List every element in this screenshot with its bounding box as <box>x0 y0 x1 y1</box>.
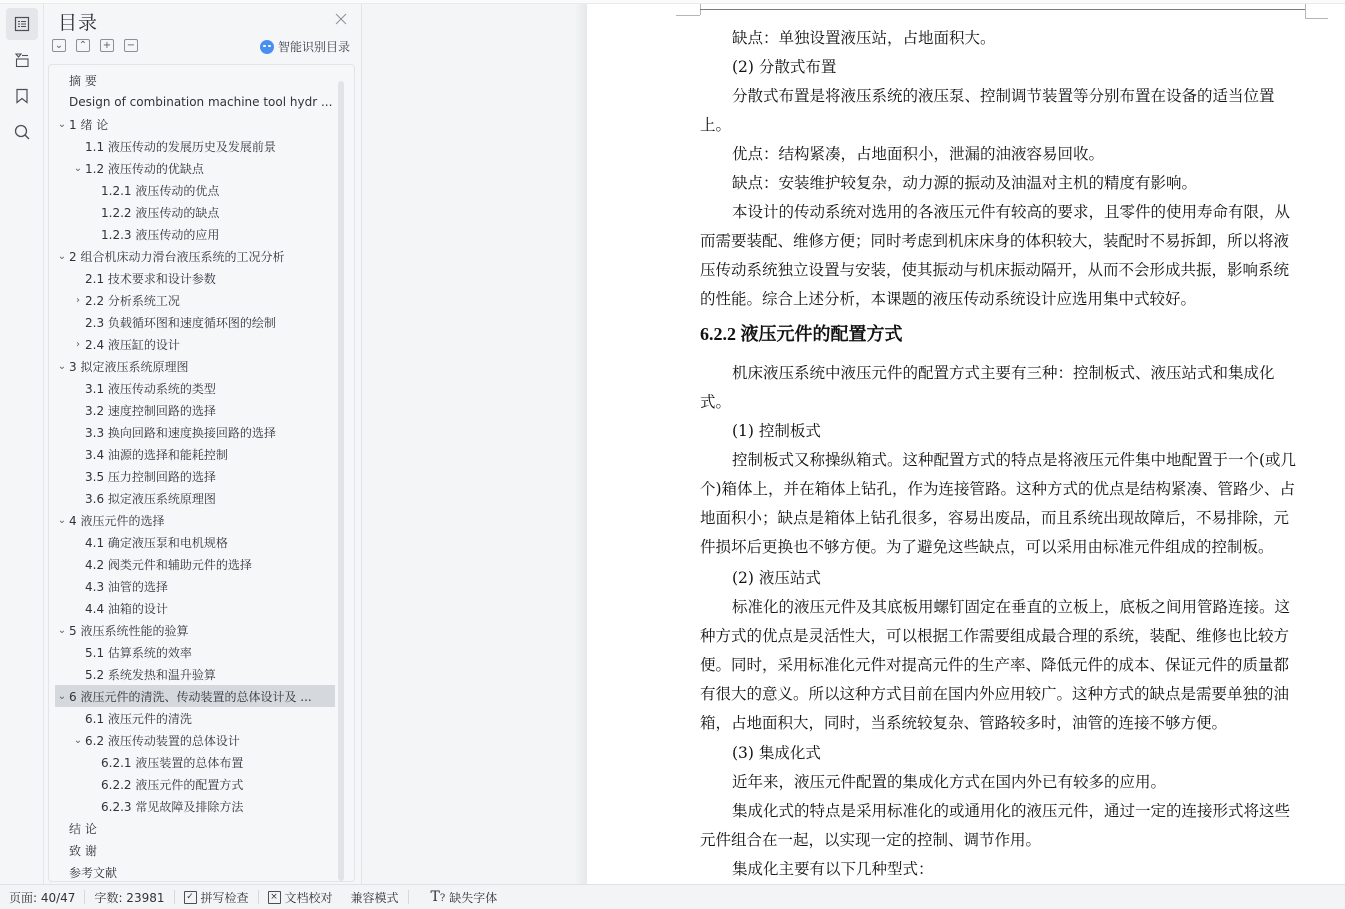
chevron-down-icon[interactable]: ⌄ <box>55 119 69 130</box>
toc-panel: 目录 ⌄ ⌃ + − 智能识别目录 摘 要Design of combinati… <box>44 4 362 884</box>
toc-item-label: 1.1 液压传动的发展历史及发展前景 <box>85 138 276 155</box>
missing-font-label: 缺失字体 <box>449 889 497 906</box>
toc-item-label: 5.2 系统发热和温升验算 <box>85 666 216 683</box>
navigation-icon <box>13 51 31 69</box>
toc-item[interactable]: 1.2.3 液压传动的应用 <box>55 223 335 245</box>
search-panel-button[interactable] <box>6 116 38 148</box>
toc-item-label: 参考文献 <box>69 864 117 881</box>
compat-mode-indicator[interactable]: 兼容模式 <box>342 885 408 909</box>
toc-item-label: 3.4 油源的选择和能耗控制 <box>85 446 228 463</box>
toc-item-label: 6.2.3 常见故障及排除方法 <box>101 798 243 815</box>
page-count: 页面: 40/47 <box>9 889 75 906</box>
toc-item[interactable]: ⌄6 液压元件的清洗、传动装置的总体设计及 ... <box>55 685 335 707</box>
toc-item[interactable]: 摘 要 <box>55 69 335 91</box>
margin-marker-left <box>676 15 700 16</box>
toc-item-label: 3.3 换向回路和速度换接回路的选择 <box>85 424 276 441</box>
chevron-right-icon[interactable]: › <box>71 295 85 306</box>
toc-item[interactable]: ⌄6.2 液压传动装置的总体设计 <box>55 729 335 751</box>
toc-item-label: 1.2 液压传动的优缺点 <box>85 160 204 177</box>
toc-item-label: 4 液压元件的选择 <box>69 512 164 529</box>
toc-item[interactable]: ⌄1 绪 论 <box>55 113 335 135</box>
toc-item-label: 4.3 油管的选择 <box>85 578 168 595</box>
toc-item[interactable]: 6.2.3 常见故障及排除方法 <box>55 795 335 817</box>
toc-item[interactable]: 1.2.1 液压传动的优点 <box>55 179 335 201</box>
toc-item[interactable]: 6.2.2 液压元件的配置方式 <box>55 773 335 795</box>
toc-item-label: 1.2.3 液压传动的应用 <box>101 226 219 243</box>
document-canvas: 缺点：单独设置液压站，占地面积大。(2) 分散式布置分散式布置是将液压系统的液压… <box>362 4 1345 884</box>
toc-item-label: Design of combination machine tool hydr … <box>69 95 332 109</box>
smart-recognize-toc-button[interactable]: 智能识别目录 <box>260 38 350 55</box>
paragraph: (2) 分散式布置 <box>700 53 1300 82</box>
paragraph: 标准化的液压元件及其底板用螺钉固定在垂直的立板上，底板之间用管路连接。这种方式的… <box>700 593 1300 738</box>
toc-item[interactable]: 参考文献 <box>55 861 335 882</box>
toc-item-label: 2.1 技术要求和设计参数 <box>85 270 216 287</box>
toc-item-label: 2.2 分析系统工况 <box>85 292 180 309</box>
paragraph: (1) 控制板式 <box>700 417 1300 446</box>
toc-item[interactable]: 1.2.2 液压传动的缺点 <box>55 201 335 223</box>
toc-item[interactable]: ⌄2 组合机床动力滑台液压系统的工况分析 <box>55 245 335 267</box>
margin-marker-right <box>1305 18 1328 19</box>
toc-item-label: 6 液压元件的清洗、传动装置的总体设计及 ... <box>69 688 312 705</box>
chevron-down-icon[interactable]: ⌄ <box>55 625 69 636</box>
toc-item-label: 3 拟定液压系统原理图 <box>69 358 188 375</box>
compat-mode-label: 兼容模式 <box>351 889 399 906</box>
page-shadow <box>574 4 588 884</box>
toc-item-label: 结 论 <box>69 820 97 837</box>
paragraph: 分散式布置是将液压系统的液压泵、控制调节装置等分别布置在设备的适当位置上。 <box>700 82 1300 140</box>
missing-font-icon: T? <box>431 889 446 905</box>
doc-proof-icon: × <box>268 891 281 904</box>
toc-item-label: 2.3 负载循环图和速度循环图的绘制 <box>85 314 276 331</box>
ai-assistant-icon <box>260 40 274 54</box>
doc-proof-button[interactable]: × 文档校对 <box>259 885 342 909</box>
expand-level-button[interactable]: + <box>100 39 114 52</box>
toc-item[interactable]: 5.1 估算系统的效率 <box>55 641 335 663</box>
search-icon <box>13 123 31 141</box>
toc-item-label: 3.5 压力控制回路的选择 <box>85 468 216 485</box>
toc-item-label: 6.2.1 液压装置的总体布置 <box>101 754 243 771</box>
toc-item[interactable]: 3.5 压力控制回路的选择 <box>55 465 335 487</box>
paragraph: 优点：结构紧凑，占地面积小，泄漏的油液容易回收。 <box>700 140 1300 169</box>
toc-item[interactable]: 3.6 拟定液压系统原理图 <box>55 487 335 509</box>
chevron-down-icon[interactable]: ⌄ <box>55 251 69 262</box>
toc-item-label: 1 绪 论 <box>69 116 108 133</box>
toc-item[interactable]: ⌄5 液压系统性能的验算 <box>55 619 335 641</box>
toc-item[interactable]: 6.1 液压元件的清洗 <box>55 707 335 729</box>
toc-item-label: 5.1 估算系统的效率 <box>85 644 192 661</box>
doc-proof-label: 文档校对 <box>285 889 333 906</box>
paragraph: 集成化主要有以下几种型式： <box>700 855 1300 884</box>
toc-item[interactable]: 4.2 阀类元件和辅助元件的选择 <box>55 553 335 575</box>
paragraph: (3) 集成化式 <box>700 739 1300 768</box>
paragraph: 缺点：单独设置液压站，占地面积大。 <box>700 24 1300 53</box>
sidebar-rail <box>0 4 44 884</box>
toc-item[interactable]: 4.3 油管的选择 <box>55 575 335 597</box>
toc-list: 摘 要Design of combination machine tool hy… <box>48 64 355 882</box>
chevron-down-icon[interactable]: ⌄ <box>71 735 85 746</box>
chevron-down-icon[interactable]: ⌄ <box>71 163 85 174</box>
chevron-down-icon[interactable]: ⌄ <box>55 691 69 702</box>
toc-item-label: 2.4 液压缸的设计 <box>85 336 180 353</box>
toc-item[interactable]: 4.4 油箱的设计 <box>55 597 335 619</box>
document-page[interactable]: 缺点：单独设置液压站，占地面积大。(2) 分散式布置分散式布置是将液压系统的液压… <box>587 4 1345 884</box>
collapse-level-button[interactable]: − <box>124 39 138 52</box>
toc-item[interactable]: ⌄1.2 液压传动的优缺点 <box>55 157 335 179</box>
missing-font-button[interactable]: T? 缺失字体 <box>409 885 507 909</box>
paragraph: 机床液压系统中液压元件的配置方式主要有三种：控制板式、液压站式和集成化式。 <box>700 359 1300 417</box>
header-rule <box>700 9 1305 10</box>
toc-title: 目录 <box>58 8 98 35</box>
expand-up-button[interactable]: ⌃ <box>76 39 90 52</box>
navigation-panel-button[interactable] <box>6 44 38 76</box>
chevron-down-icon[interactable]: ⌄ <box>55 515 69 526</box>
toc-item[interactable]: ›2.4 液压缸的设计 <box>55 333 335 355</box>
toc-item-label: 5 液压系统性能的验算 <box>69 622 188 639</box>
toc-item-label: 4.2 阀类元件和辅助元件的选择 <box>85 556 252 573</box>
toc-item[interactable]: 致 谢 <box>55 839 335 861</box>
paragraph: 控制板式又称操纵箱式。这种配置方式的特点是将液压元件集中地配置于一个(或几个)箱… <box>700 446 1300 562</box>
toc-item[interactable]: 3.2 速度控制回路的选择 <box>55 399 335 421</box>
paragraph: 集成化式的特点是采用标准化的或通用化的液压元件，通过一定的连接形式将这些元件组合… <box>700 797 1300 855</box>
toc-item-label: 1.2.1 液压传动的优点 <box>101 182 219 199</box>
toc-item-label: 6.2.2 液压元件的配置方式 <box>101 776 243 793</box>
margin-marker-right-v <box>1305 4 1306 18</box>
toc-panel-button[interactable] <box>6 8 38 40</box>
spell-check-label: 拼写检查 <box>201 889 249 906</box>
toc-item-label: 致 谢 <box>69 842 97 859</box>
status-bar: 页面: 40/47 字数: 23981 ✓ 拼写检查 × 文档校对 兼容模式 T… <box>0 884 1345 909</box>
spell-check-button[interactable]: ✓ 拼写检查 <box>175 885 258 909</box>
word-count-label: 字数: 23981 <box>94 889 164 906</box>
toc-item-label: 4.1 确定液压泵和电机规格 <box>85 534 228 551</box>
toc-item[interactable]: 2.3 负载循环图和速度循环图的绘制 <box>55 311 335 333</box>
section-heading: 6.2.2 液压元件的配置方式 <box>700 320 903 346</box>
toc-item[interactable]: 结 论 <box>55 817 335 839</box>
toc-item[interactable]: 5.2 系统发热和温升验算 <box>55 663 335 685</box>
paragraph: 本设计的传动系统对选用的各液压元件有较高的要求，且零件的使用寿命有限，从而需要装… <box>700 198 1300 314</box>
wps-writer-window: 目录 ⌄ ⌃ + − 智能识别目录 摘 要Design of combinati… <box>0 0 1345 909</box>
toc-item-label: 3.2 速度控制回路的选择 <box>85 402 216 419</box>
toc-icon <box>13 15 31 33</box>
toc-item[interactable]: ›2.2 分析系统工况 <box>55 289 335 311</box>
bookmark-icon <box>13 87 31 105</box>
toc-item-label: 6.1 液压元件的清洗 <box>85 710 192 727</box>
spell-check-icon: ✓ <box>184 891 197 904</box>
toc-item[interactable]: Design of combination machine tool hydr … <box>55 91 335 113</box>
paragraph: 近年来，液压元件配置的集成化方式在国内外已有较多的应用。 <box>700 768 1300 797</box>
toc-item-label: 3.6 拟定液压系统原理图 <box>85 490 216 507</box>
toc-item[interactable]: 4.1 确定液压泵和电机规格 <box>55 531 335 553</box>
paragraph: 缺点：安装维护较复杂，动力源的振动及油温对主机的精度有影响。 <box>700 169 1300 198</box>
toc-toolbar: ⌄ ⌃ + − <box>52 39 138 52</box>
word-count[interactable]: 字数: 23981 <box>85 885 173 909</box>
smart-recognize-label: 智能识别目录 <box>278 38 350 55</box>
close-icon[interactable] <box>334 12 348 26</box>
toc-item[interactable]: 3.4 油源的选择和能耗控制 <box>55 443 335 465</box>
toc-item-label: 2 组合机床动力滑台液压系统的工况分析 <box>69 248 284 265</box>
toc-item-label: 1.2.2 液压传动的缺点 <box>101 204 219 221</box>
toc-item[interactable]: ⌄4 液压元件的选择 <box>55 509 335 531</box>
toc-item-label: 3.1 液压传动系统的类型 <box>85 380 216 397</box>
toc-item-label: 6.2 液压传动装置的总体设计 <box>85 732 240 749</box>
toc-item-label: 摘 要 <box>69 72 97 89</box>
collapse-all-button[interactable]: ⌄ <box>52 39 66 52</box>
toc-item[interactable]: 1.1 液压传动的发展历史及发展前景 <box>55 135 335 157</box>
chevron-right-icon[interactable]: › <box>71 339 85 350</box>
paragraph: (2) 液压站式 <box>700 564 1300 593</box>
toc-item[interactable]: ⌄3 拟定液压系统原理图 <box>55 355 335 377</box>
chevron-down-icon[interactable]: ⌄ <box>55 361 69 372</box>
page-indicator[interactable]: 页面: 40/47 <box>0 885 84 909</box>
bookmark-panel-button[interactable] <box>6 80 38 112</box>
toc-item[interactable]: 6.2.1 液压装置的总体布置 <box>55 751 335 773</box>
toc-item-label: 4.4 油箱的设计 <box>85 600 168 617</box>
toc-item[interactable]: 3.3 换向回路和速度换接回路的选择 <box>55 421 335 443</box>
toc-item[interactable]: 2.1 技术要求和设计参数 <box>55 267 335 289</box>
toc-item[interactable]: 3.1 液压传动系统的类型 <box>55 377 335 399</box>
toc-scrollbar[interactable] <box>338 81 344 881</box>
